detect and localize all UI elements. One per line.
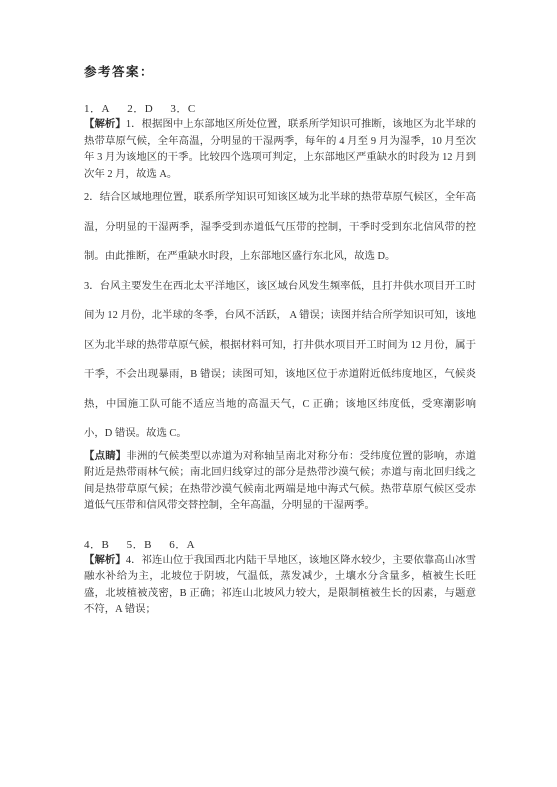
analysis-label: 【解析】: [84, 555, 126, 566]
page-title: 参考答案：: [84, 64, 476, 81]
document-page: 参考答案： 1．A 2．D 3．C 【解析】1．根据图中上东部地区所处位置，联系…: [0, 0, 557, 787]
document-content: 参考答案： 1．A 2．D 3．C 【解析】1．根据图中上东部地区所处位置，联系…: [84, 0, 476, 619]
paragraph-analysis-4: 【解析】4．祁连山位于我国西北内陆干旱地区，该地区降水较少，主要依靠高山冰雪融水…: [84, 553, 476, 619]
answer-item-5: 5．B: [127, 539, 152, 551]
paragraph-text: 2．结合区域地理位置，联系所学知识可知该区域为北半球的热带草原气候区，全年高温，…: [84, 192, 476, 262]
paragraph-text: 3．台风主要发生在西北太平洋地区，该区域台风发生频率低，且打井供水项目开工时间为…: [84, 281, 476, 440]
answer-item-6: 6．A: [169, 539, 195, 551]
answer-item-4: 4．B: [84, 539, 109, 551]
paragraph-question-3: 3．台风主要发生在西北太平洋地区，该区域台风发生频率低，且打井供水项目开工时间为…: [84, 272, 476, 449]
answer-item-2: 2．D: [127, 103, 153, 115]
keynote-label: 【点睛】: [84, 451, 126, 462]
paragraph-analysis-1: 【解析】1．根据图中上东部地区所处位置，联系所学知识可推断，该地区为北半球的热带…: [84, 117, 476, 183]
answer-row-1: 1．A 2．D 3．C: [84, 101, 476, 117]
paragraph-text: 1．根据图中上东部地区所处位置，联系所学知识可推断，该地区为北半球的热带草原气候…: [84, 119, 476, 180]
answer-row-2: 4．B 5．B 6．A: [84, 537, 476, 553]
paragraph-text: 4．祁连山位于我国西北内陆干旱地区，该地区降水较少，主要依靠高山冰雪融水补给为主…: [84, 555, 476, 616]
analysis-label: 【解析】: [84, 119, 126, 130]
paragraph-question-2: 2．结合区域地理位置，联系所学知识可知该区域为北半球的热带草原气候区，全年高温，…: [84, 183, 476, 272]
paragraph-text: 非洲的气候类型以赤道为对称轴呈南北对称分布：受纬度位置的影响，赤道附近是热带雨林…: [84, 451, 476, 512]
answer-item-1: 1．A: [84, 103, 110, 115]
paragraph-keynote: 【点睛】非洲的气候类型以赤道为对称轴呈南北对称分布：受纬度位置的影响，赤道附近是…: [84, 449, 476, 515]
answer-item-3: 3．C: [170, 103, 195, 115]
